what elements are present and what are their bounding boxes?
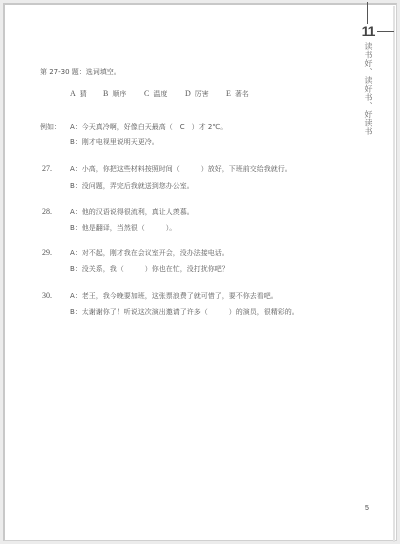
page-number: 5	[365, 505, 369, 512]
question-line-a: A：他的汉语说得很流利，真让人羡慕。	[70, 207, 194, 217]
option-d: D厉害	[185, 89, 209, 99]
question-line-a: A：小高，你把这些材料按照时间（ ）放好，下班前交给我就行。	[70, 164, 292, 174]
option-word: 猜	[80, 90, 87, 98]
question-line-a: A：老王，我今晚要加班，这张票浪费了就可惜了，要不你去看吧。	[70, 291, 278, 301]
question-line-b: B：没关系，我（ ）你也在忙，没打扰你吧？	[70, 264, 229, 274]
section-instruction: 第 27-30 题：选词填空。	[40, 67, 121, 77]
option-letter: E	[226, 89, 231, 98]
option-letter: A	[70, 89, 76, 98]
example-line-b: B：刚才电视里说明天更冷。	[70, 137, 159, 147]
question-line-a: A：对不起，刚才我在会议室开会，没办法接电话。	[70, 248, 229, 258]
question-line-b: B：太谢谢你了！听说这次演出邀请了许多（ ）的演员，很精彩的。	[70, 307, 299, 317]
option-word: 顺序	[112, 90, 126, 98]
option-b: B顺序	[103, 89, 126, 99]
example-line-a: A：今天真冷啊，好像白天最高（ C ）才 2℃。	[70, 122, 227, 132]
option-word: 温度	[153, 90, 167, 98]
question-number: 27.	[42, 164, 52, 173]
option-c: C温度	[144, 89, 167, 99]
chapter-tab-vertical-line	[367, 2, 368, 24]
question-line-b: B：没问题，弄完后我就送到您办公室。	[70, 181, 194, 191]
chapter-title: 读书好、读好书、好读书	[362, 42, 373, 136]
chapter-number: 11	[359, 23, 377, 39]
question-number: 28.	[42, 207, 52, 216]
option-letter: B	[103, 89, 108, 98]
page-edge-shadow	[393, 6, 395, 542]
question-line-b: B：他是翻译，当然很（ ）。	[70, 223, 176, 233]
question-number: 29.	[42, 248, 52, 257]
question-number: 30.	[42, 291, 52, 300]
option-letter: C	[144, 89, 149, 98]
option-letter: D	[185, 89, 191, 98]
option-e: E著名	[226, 89, 249, 99]
option-word: 厉害	[195, 90, 209, 98]
option-a: A猜	[70, 89, 87, 99]
chapter-tab-horizontal-line	[377, 31, 394, 32]
option-word: 著名	[235, 90, 249, 98]
example-label: 例如：	[40, 122, 61, 132]
